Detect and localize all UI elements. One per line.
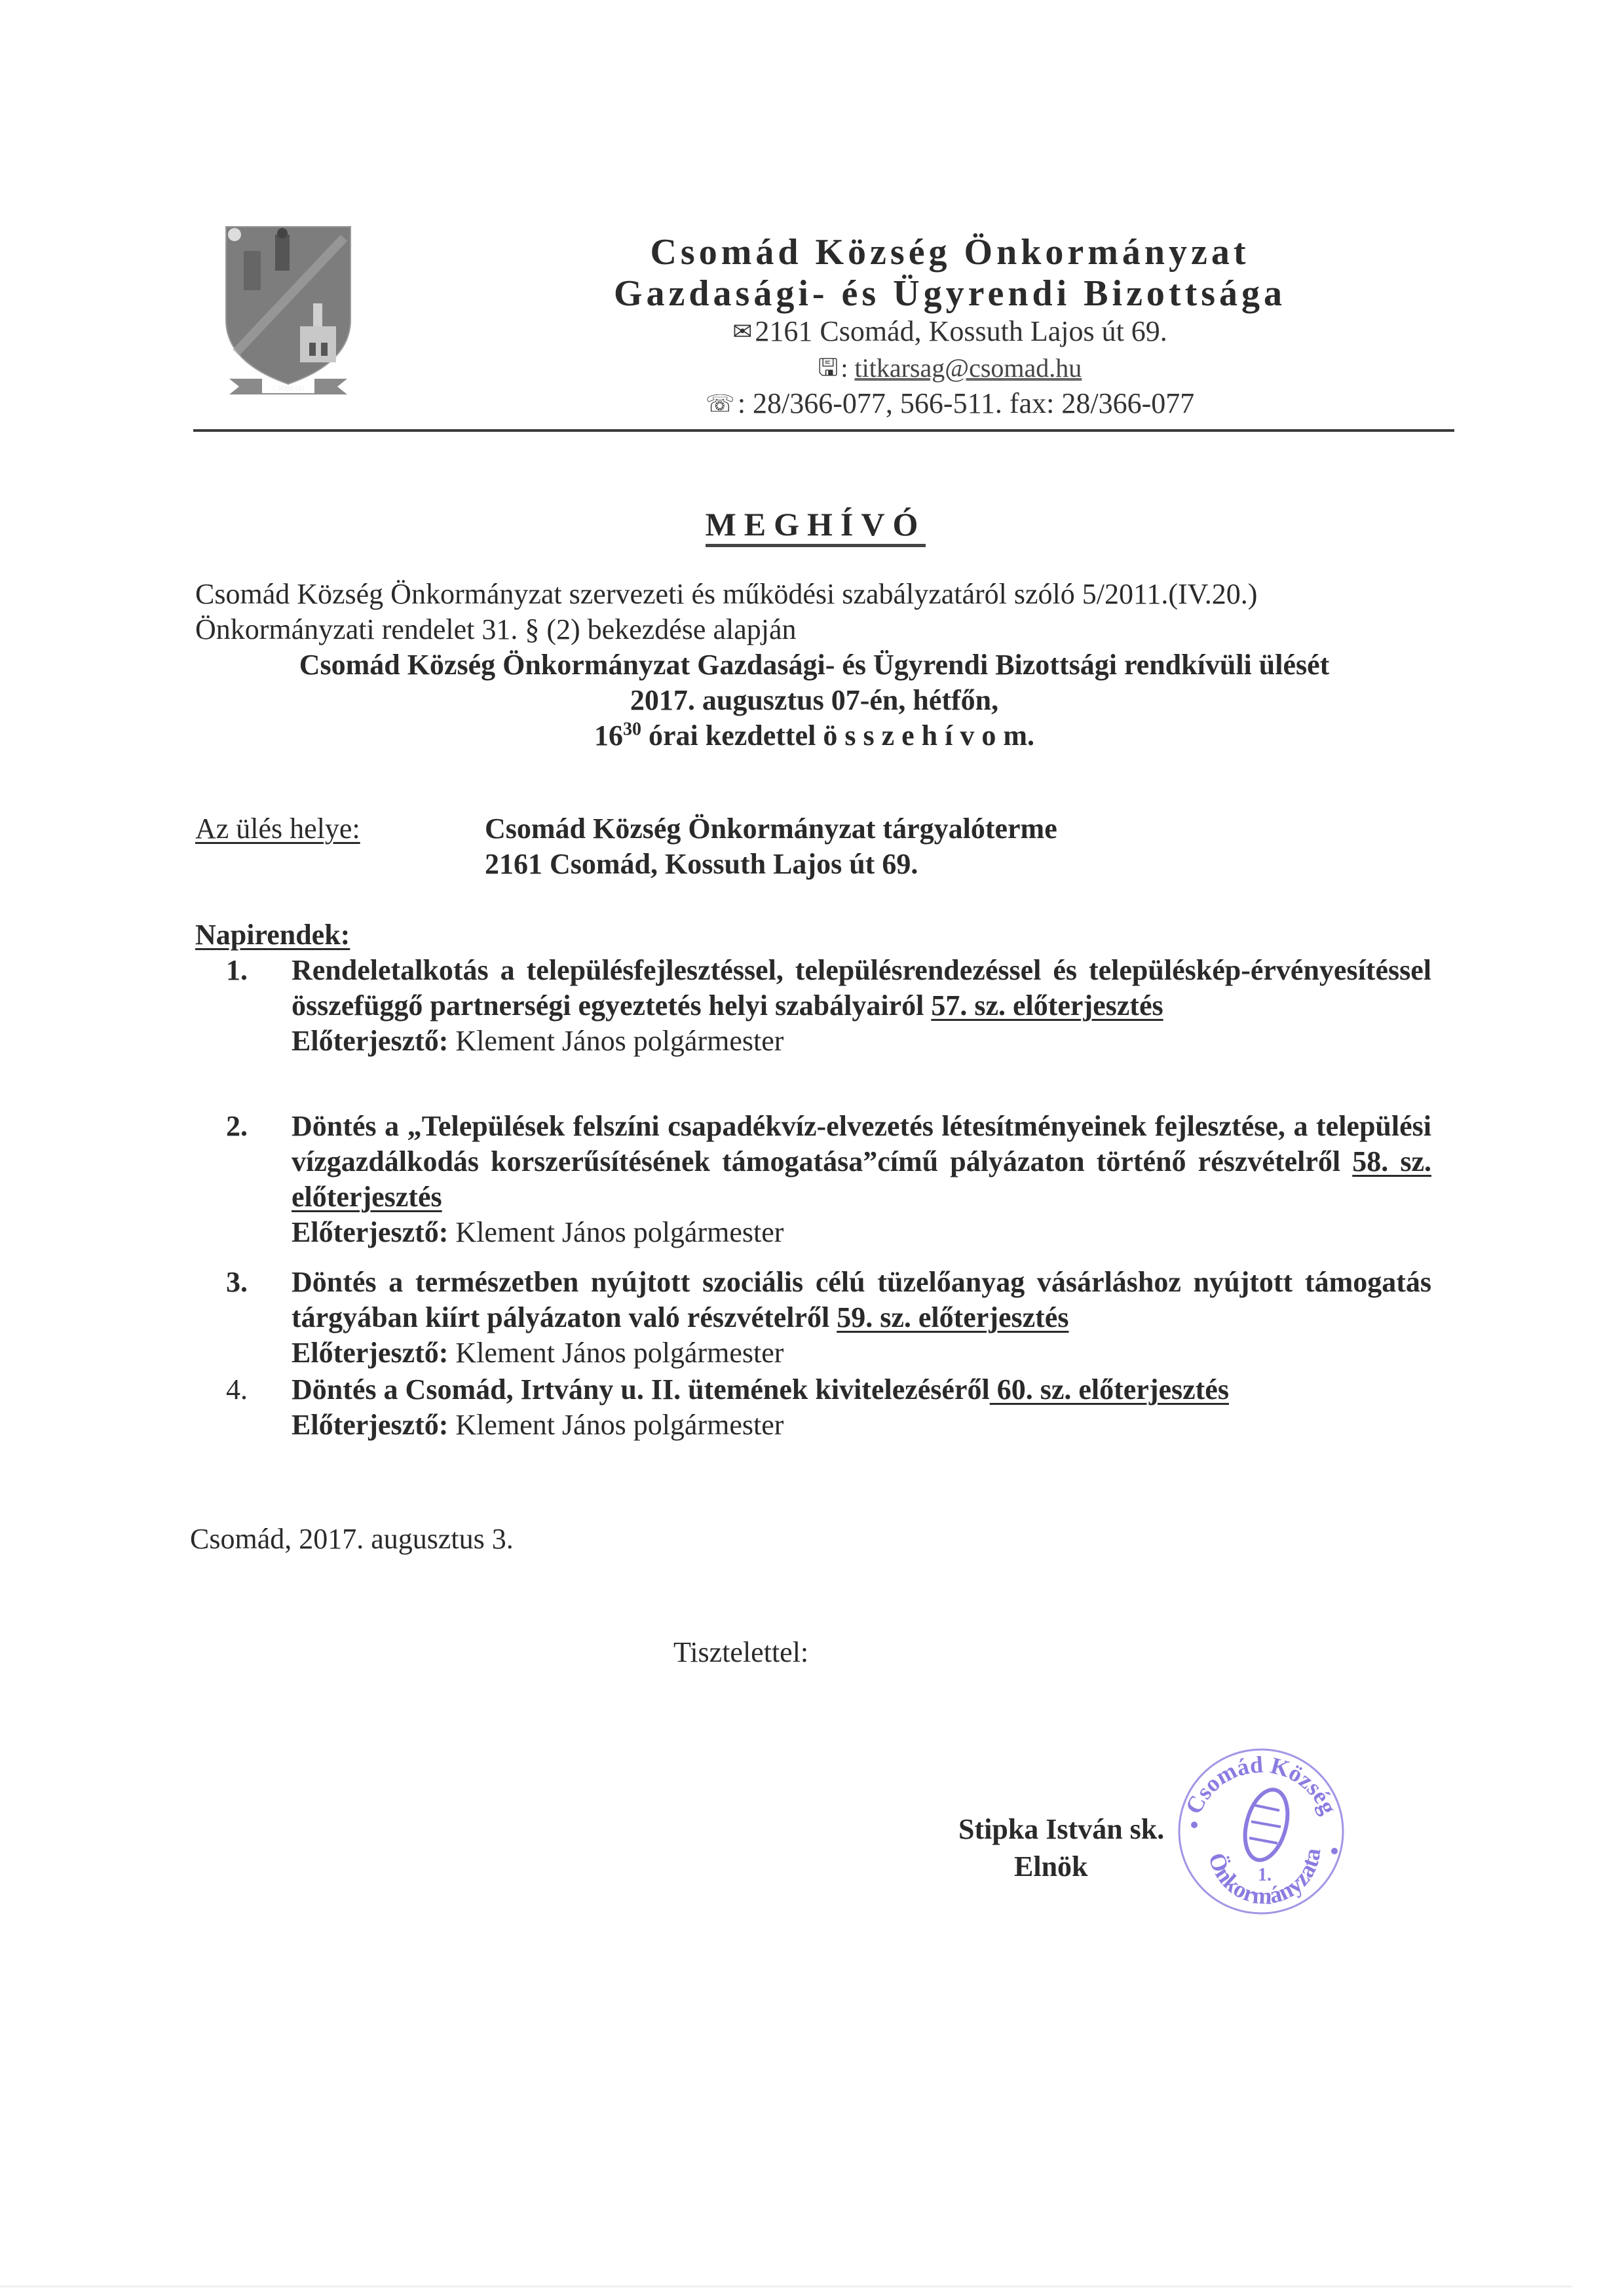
- agenda-label: Napirendek:: [195, 917, 350, 953]
- computer-icon: 🖫: [818, 351, 839, 385]
- greeting: Tisztelettel:: [673, 1635, 808, 1670]
- email-link[interactable]: titkarsag@csomad.hu: [855, 353, 1082, 383]
- committee-name: Gazdasági- és Ügyrendi Bizottsága: [537, 274, 1363, 313]
- org-name: Csomád Község Önkormányzat: [537, 233, 1363, 272]
- official-stamp: Csomád Község Önkormányzata 1.: [1169, 1740, 1353, 1923]
- intro-line-2: Önkormányzati rendelet 31. § (2) bekezdé…: [195, 612, 1433, 647]
- svg-text:1.: 1.: [1258, 1865, 1272, 1885]
- signer-name: Stipka István sk.: [958, 1812, 1164, 1847]
- agenda-item-3: 3. Döntés a természetben nyújtott szociá…: [226, 1265, 1431, 1371]
- presenter: Előterjesztő: Klement János polgármester: [292, 1215, 1431, 1250]
- signer-role: Elnök: [1014, 1849, 1088, 1885]
- proposal-link-57[interactable]: 57. sz. előterjesztés: [931, 989, 1163, 1022]
- envelope-icon: ✉: [732, 315, 752, 349]
- header-divider: [193, 429, 1454, 432]
- place-label: Az ülés helye:: [195, 811, 360, 847]
- phone-line: ☏: 28/366-077, 566-511. fax: 28/366-077: [537, 387, 1363, 421]
- document-title: MEGHÍVÓ: [655, 505, 976, 544]
- svg-text:CSOMÁD: CSOMÁD: [273, 385, 303, 392]
- address-text: 2161 Csomád, Kossuth Lajos út 69.: [755, 315, 1167, 347]
- meeting-name: Csomád Község Önkormányzat Gazdasági- és…: [195, 647, 1433, 683]
- phone-text: : 28/366-077, 566-511. fax: 28/366-077: [738, 387, 1194, 419]
- presenter: Előterjesztő: Klement János polgármester: [292, 1335, 1431, 1371]
- agenda-item-2: 2. Döntés a „Települések felszíni csapad…: [226, 1109, 1431, 1250]
- agenda-item-1: 1. Rendeletalkotás a településfejlesztés…: [226, 953, 1431, 1059]
- proposal-link-60[interactable]: 60. sz. előterjesztés: [990, 1373, 1229, 1406]
- address-line: ✉2161 Csomád, Kossuth Lajos út 69.: [537, 315, 1363, 349]
- email-line: 🖫: titkarsag@csomad.hu: [537, 351, 1363, 385]
- place-name: Csomád Község Önkormányzat tárgyalóterme: [485, 811, 1057, 847]
- scan-edge: [0, 2286, 1572, 2287]
- telephone-icon: ☏: [706, 387, 735, 421]
- place-address: 2161 Csomád, Kossuth Lajos út 69.: [485, 847, 918, 882]
- document-date: Csomád, 2017. augusztus 3.: [190, 1521, 514, 1557]
- presenter: Előterjesztő: Klement János polgármester: [292, 1024, 1431, 1059]
- meeting-date: 2017. augusztus 07-én, hétfőn,: [195, 683, 1433, 718]
- svg-text:Csomád Község: Csomád Község: [1180, 1751, 1342, 1818]
- meeting-time: 1630 órai kezdettel ö s s z e h í v o m.: [195, 718, 1433, 754]
- proposal-link-59[interactable]: 59. sz. előterjesztés: [837, 1301, 1068, 1333]
- agenda-item-4: 4. Döntés a Csomád, Irtvány u. II. ütemé…: [226, 1372, 1431, 1443]
- municipal-crest: CSOMÁD: [223, 221, 354, 402]
- presenter: Előterjesztő: Klement János polgármester: [292, 1407, 1431, 1443]
- intro-line-1: Csomád Község Önkormányzat szervezeti és…: [195, 577, 1433, 612]
